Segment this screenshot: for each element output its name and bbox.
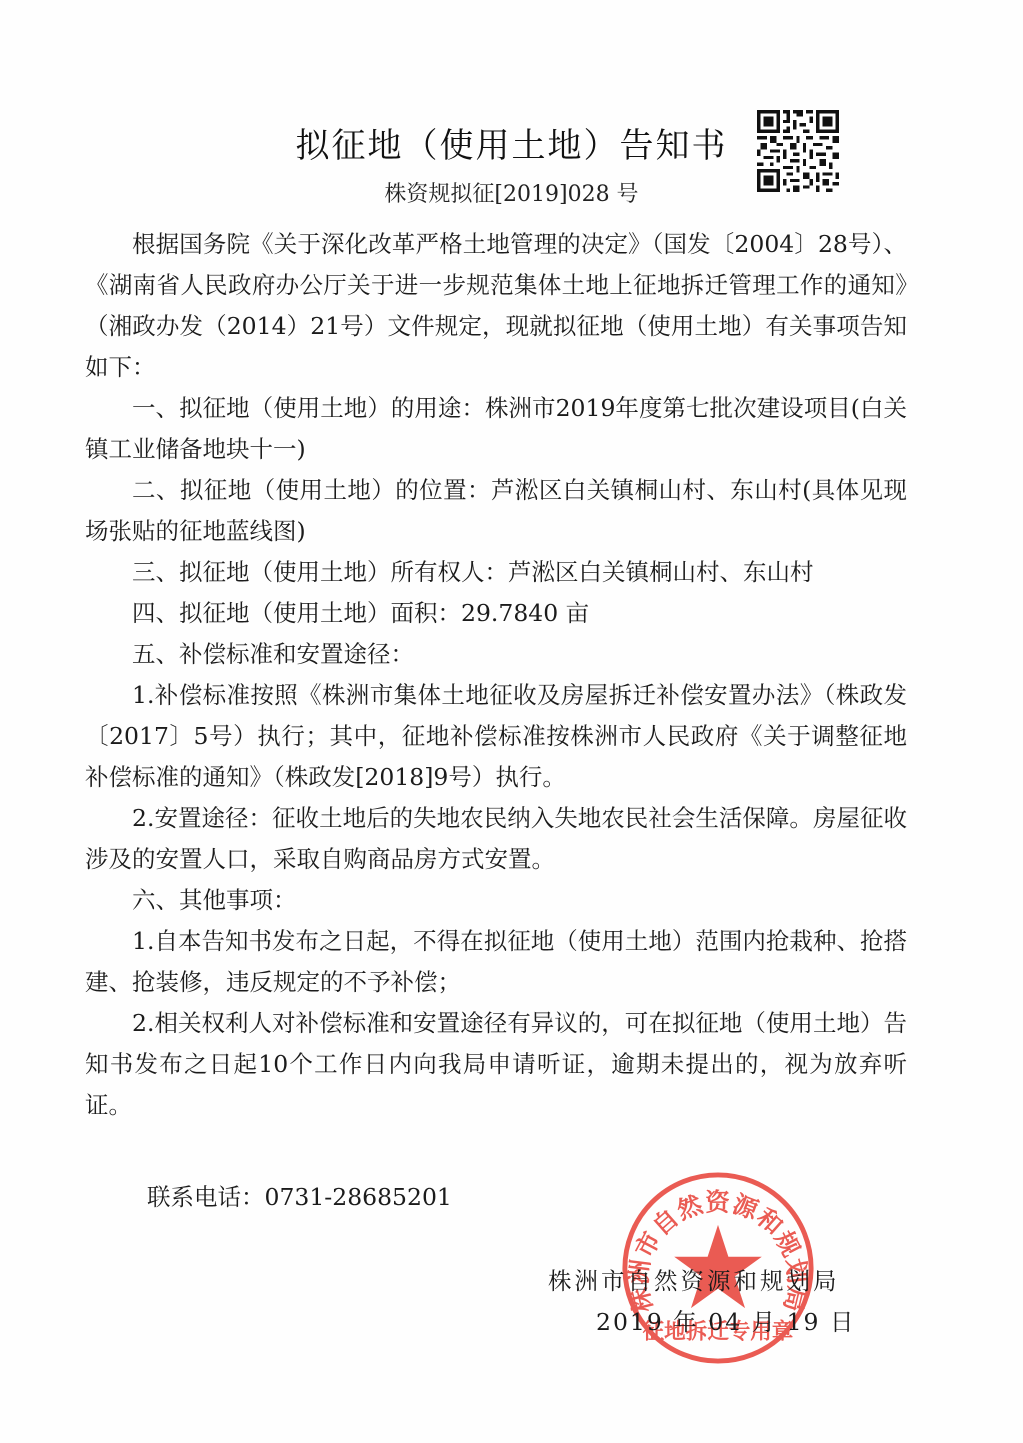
intro-paragraph: 根据国务院《关于深化改革严格土地管理的决定》（国发〔2004〕28号）、《湖南省… [85,224,907,388]
qr-code-icon [757,110,839,192]
document-number: 株资规拟征[2019]028 号 [0,177,1023,208]
other-item-2: 2.相关权利人对补偿标准和安置途径有异议的，可在拟征地（使用土地）告知书发布之日… [85,1003,907,1126]
issue-date: 2019 年 04 月 19 日 [596,1303,855,1337]
item-purpose: 一、拟征地（使用土地）的用途：株洲市2019年度第七批次建设项目(白关镇工业储备… [85,388,907,470]
other-item-1: 1.自本告知书发布之日起，不得在拟征地（使用土地）范围内抢栽种、抢搭建、抢装修，… [85,921,907,1003]
item-location: 二、拟征地（使用土地）的位置：芦淞区白关镇桐山村、东山村(具体见现场张贴的征地蓝… [85,470,907,552]
resettlement-approach: 2.安置途径：征收土地后的失地农民纳入失地农民社会生活保障。房屋征收涉及的安置人… [85,798,907,880]
item-area: 四、拟征地（使用土地）面积：29.7840 亩 [85,593,907,634]
section-compensation-heading: 五、补偿标准和安置途径： [85,634,907,675]
notice-body: 根据国务院《关于深化改革严格土地管理的决定》（国发〔2004〕28号）、《湖南省… [85,224,907,1126]
compensation-standard: 1.补偿标准按照《株洲市集体土地征收及房屋拆迁补偿安置办法》（株政发〔2017〕… [85,675,907,798]
document-title: 拟征地（使用土地）告知书 [0,118,1023,167]
issuing-authority: 株洲市自然资源和规划局 [548,1262,840,1296]
section-other-heading: 六、其他事项： [85,880,907,921]
contact-phone: 联系电话：0731-28685201 [147,1178,452,1212]
item-owner: 三、拟征地（使用土地）所有权人：芦淞区白关镇桐山村、东山村 [85,552,907,593]
document-page: 拟征地（使用土地）告知书 株资规拟征[2019]028 号 [0,0,1023,1443]
